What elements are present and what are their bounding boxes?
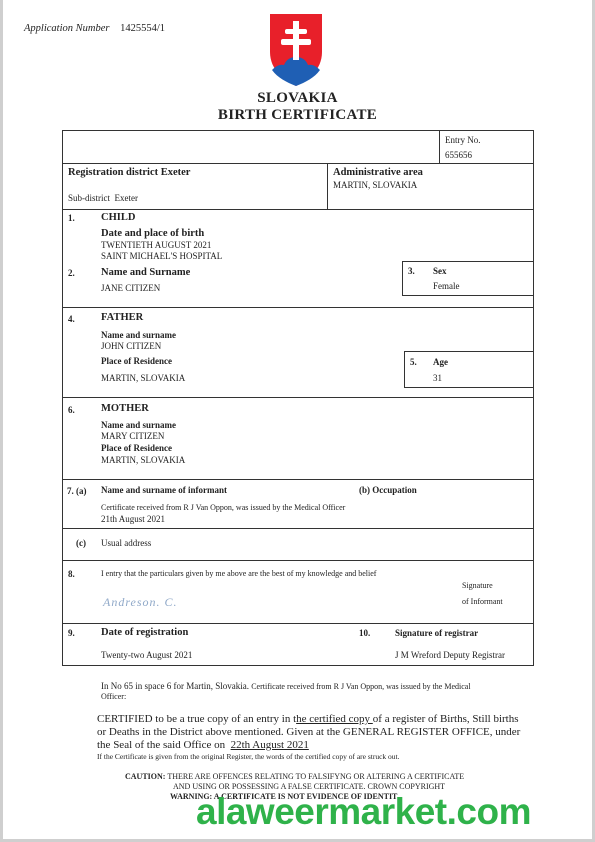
declaration-number: 8. bbox=[68, 569, 75, 579]
footer-note-main: In No 65 in space 6 for Martin, Slovakia… bbox=[101, 681, 249, 691]
child-name-number: 2. bbox=[68, 268, 75, 278]
caution-text-1: THERE ARE OFFENCES RELATING TO FALSIFYNG… bbox=[167, 772, 464, 781]
certified-text-1a: CERTIFIED to be a true copy of an entry … bbox=[97, 713, 296, 725]
footer-note-small-2: Officer: bbox=[101, 692, 126, 701]
father-name: JOHN CITIZEN bbox=[101, 341, 161, 351]
occupation-label: (b) Occupation bbox=[359, 485, 417, 495]
sex-box: 3. Sex Female bbox=[402, 261, 534, 296]
entry-label: Entry No. bbox=[445, 135, 481, 145]
sub-district: Sub-district Exeter bbox=[68, 193, 138, 203]
sub-district-value: Exeter bbox=[115, 193, 138, 203]
registrar-number: 10. bbox=[359, 628, 370, 638]
informant-date: 21th August 2021 bbox=[101, 514, 165, 524]
admin-area-label: Administrative area bbox=[333, 167, 423, 178]
registration-district: Registration district Exeter bbox=[68, 167, 190, 178]
certified-text-3a: the Seal of the said Office on bbox=[97, 739, 225, 751]
mother-residence: MARTIN, SLOVAKIA bbox=[101, 455, 185, 465]
father-residence-label: Place of Residence bbox=[101, 356, 172, 366]
informant-note: Certificate received from R J Van Oppon,… bbox=[101, 503, 345, 512]
certified-underlined: he certified copy bbox=[296, 713, 373, 725]
dob-label: Date and place of birth bbox=[101, 228, 204, 239]
registration-date-value: Twenty-two August 2021 bbox=[101, 650, 192, 660]
admin-area-value: MARTIN, SLOVAKIA bbox=[333, 180, 417, 190]
child-name-label: Name and Surname bbox=[101, 267, 190, 278]
age-box: 5. Age 31 bbox=[404, 351, 534, 388]
sex-label: Sex bbox=[433, 266, 447, 276]
application-number-label: Application Number bbox=[24, 23, 109, 34]
certificate-table: Entry No. 655656 Registration district E… bbox=[62, 130, 534, 666]
child-name: JANE CITIZEN bbox=[101, 283, 160, 293]
sex-value: Female bbox=[433, 281, 460, 291]
registration-date-number: 9. bbox=[68, 628, 75, 638]
dob-value: TWENTIETH AUGUST 2021 bbox=[101, 240, 211, 250]
informant-signature: Andreson. C. bbox=[103, 595, 178, 610]
application-number: Application Number 1425554/1 bbox=[24, 23, 165, 34]
caution-line-2: AND USING OR POSSESSING A FALSE CERTIFIC… bbox=[173, 782, 445, 791]
age-number: 5. bbox=[410, 357, 417, 367]
certified-date: 22th August 2021 bbox=[231, 739, 309, 751]
registrar-value: J M Wreford Deputy Registrar bbox=[395, 650, 505, 660]
birth-place: SAINT MICHAEL'S HOSPITAL bbox=[101, 251, 222, 261]
application-number-value: 1425554/1 bbox=[120, 23, 165, 34]
mother-residence-label: Place of Residence bbox=[101, 443, 172, 453]
certified-line-3: the Seal of the said Office on 22th Augu… bbox=[97, 739, 309, 751]
registration-date-label: Date of registration bbox=[101, 627, 188, 638]
mother-name: MARY CITIZEN bbox=[101, 431, 164, 441]
footer-note-small: Certificate received from R J Van Oppon,… bbox=[251, 682, 470, 691]
certified-line-2: or Deaths in the District above mentione… bbox=[97, 726, 520, 738]
country-title: SLOVAKIA bbox=[0, 90, 595, 107]
declaration-text: I entry that the particulars given by me… bbox=[101, 569, 376, 578]
page-edge-left bbox=[0, 0, 3, 842]
informant-number: 7. (a) bbox=[67, 486, 87, 496]
certified-text-1b: of a register of Births, Still births bbox=[373, 713, 519, 725]
father-residence: MARTIN, SLOVAKIA bbox=[101, 373, 185, 383]
slovak-coat-of-arms-icon bbox=[268, 12, 324, 88]
address-label: Usual address bbox=[101, 538, 151, 548]
informant-name-label: Name and surname of informant bbox=[101, 485, 227, 495]
father-number: 4. bbox=[68, 314, 75, 324]
signature-label-2: of Informant bbox=[462, 597, 503, 606]
sub-district-label: Sub-district bbox=[68, 193, 110, 203]
age-value: 31 bbox=[433, 373, 442, 383]
child-heading: CHILD bbox=[101, 212, 135, 223]
father-name-label: Name and surname bbox=[101, 330, 176, 340]
document-title: BIRTH CERTIFICATE bbox=[0, 107, 595, 124]
caution-label: CAUTION: bbox=[125, 772, 165, 781]
footer-note: In No 65 in space 6 for Martin, Slovakia… bbox=[101, 681, 471, 691]
struck-note: If the Certificate is given from the ori… bbox=[97, 752, 400, 761]
registrar-label: Signature of registrar bbox=[395, 628, 478, 638]
sex-number: 3. bbox=[408, 266, 415, 276]
mother-name-label: Name and surname bbox=[101, 420, 176, 430]
address-number: (c) bbox=[76, 538, 86, 548]
father-heading: FATHER bbox=[101, 312, 143, 323]
mother-number: 6. bbox=[68, 405, 75, 415]
caution-line-1: CAUTION: THERE ARE OFFENCES RELATING TO … bbox=[125, 772, 464, 781]
watermark: alaweermarket.com bbox=[196, 791, 531, 833]
age-label: Age bbox=[433, 357, 448, 367]
entry-number: 655656 bbox=[445, 150, 472, 160]
signature-label-1: Signature bbox=[462, 581, 493, 590]
certified-line-1: CERTIFIED to be a true copy of an entry … bbox=[97, 713, 519, 725]
mother-heading: MOTHER bbox=[101, 403, 149, 414]
child-number: 1. bbox=[68, 213, 75, 223]
